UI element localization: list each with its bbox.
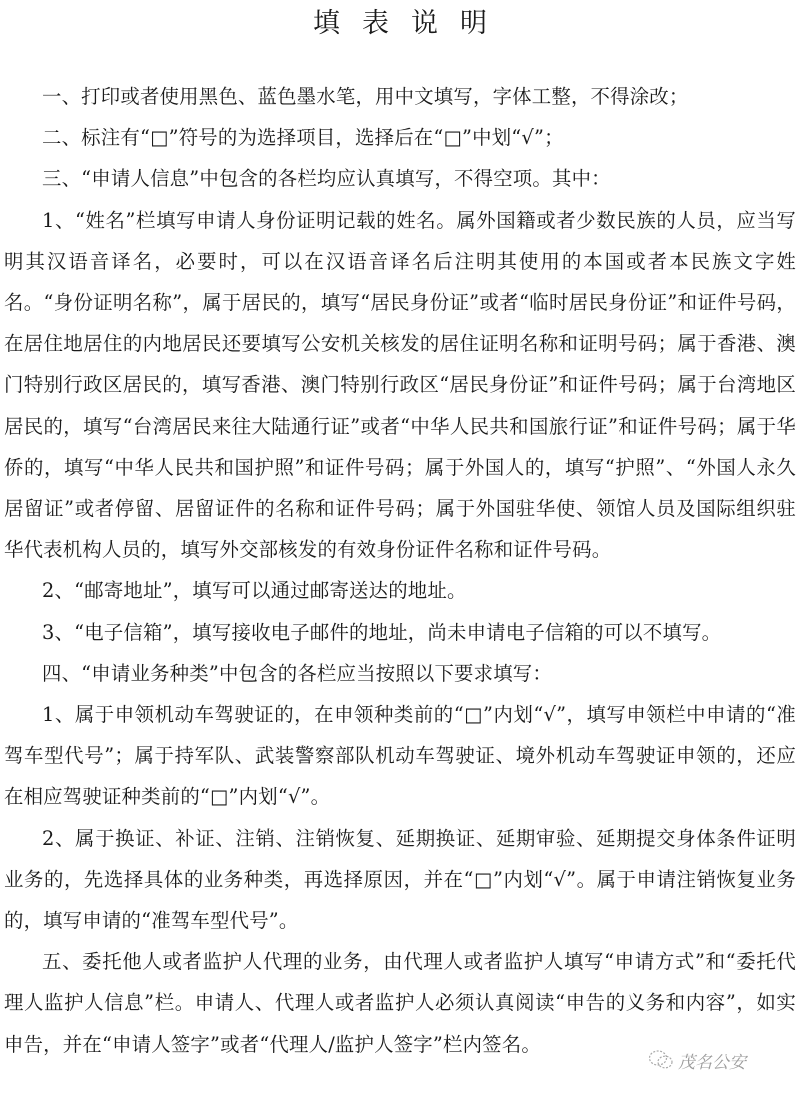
paragraph-3-3: 3、“电子信箱”，填写接收电子邮件的地址，尚未申请电子信箱的可以不填写。 bbox=[4, 612, 796, 653]
paragraph-4: 四、“申请业务种类”中包含的各栏应当按照以下要求填写： bbox=[4, 653, 796, 694]
watermark-text: 茂名公安 bbox=[678, 1048, 746, 1073]
paragraph-4-2: 2、属于换证、补证、注销、注销恢复、延期换证、延期审验、延期提交身体条件证明业务… bbox=[4, 818, 796, 942]
paragraph-1: 一、打印或者使用黑色、蓝色墨水笔，用中文填写，字体工整，不得涂改； bbox=[4, 76, 796, 117]
paragraph-3: 三、“申请人信息”中包含的各栏均应认真填写，不得空项。其中： bbox=[4, 158, 796, 199]
watermark: 茂名公安 bbox=[648, 1046, 798, 1074]
paragraph-3-2: 2、“邮寄地址”，填写可以通过邮寄送达的地址。 bbox=[4, 570, 796, 611]
paragraph-3-1: 1、“姓名”栏填写申请人身份证明记载的姓名。属外国籍或者少数民族的人员，应当写明… bbox=[4, 200, 796, 571]
paragraph-2: 二、标注有“□”符号的为选择项目，选择后在“□”中划“√”； bbox=[4, 117, 796, 158]
paragraph-4-1: 1、属于申领机动车驾驶证的，在申领种类前的“□”内划“√”，填写申领栏中申请的“… bbox=[4, 694, 796, 818]
wechat-icon bbox=[648, 1049, 674, 1071]
instructions-body: 一、打印或者使用黑色、蓝色墨水笔，用中文填写，字体工整，不得涂改； 二、标注有“… bbox=[4, 76, 796, 1065]
page-title: 填表说明 bbox=[0, 4, 800, 44]
